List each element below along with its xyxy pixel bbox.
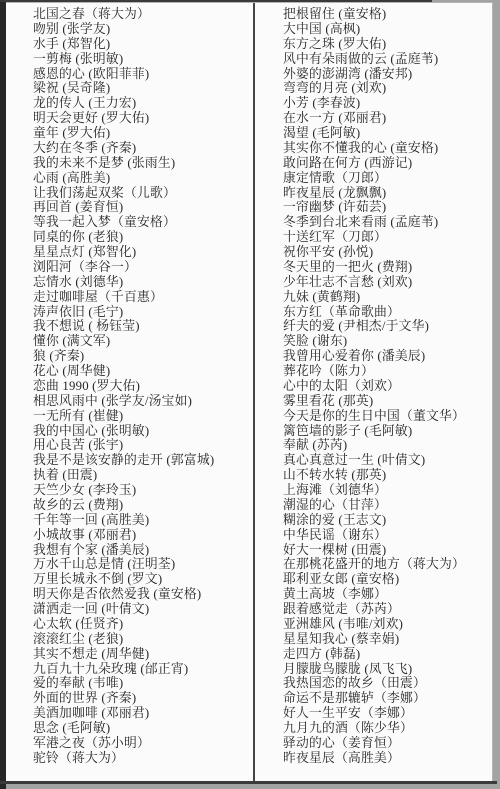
song-line: 我想有个家 (潘美辰) bbox=[33, 543, 251, 558]
song-line: 心中的太阳（刘欢） bbox=[283, 379, 493, 394]
song-line: 篱笆墙的影子 (毛阿敏) bbox=[283, 424, 493, 439]
song-line: 心雨 (高胜美) bbox=[33, 171, 251, 186]
song-line: 明天你是否依然爱我 (童安格) bbox=[33, 587, 251, 602]
song-list-page: 北国之春（蒋大为）吻别 (张学友)水手 (郑智化)一剪梅 (张明敏)感恩的心 (… bbox=[1, 2, 493, 782]
song-line: 把根留住 (童安格) bbox=[283, 7, 493, 22]
song-line: 感恩的心 (欧阳菲菲) bbox=[33, 67, 251, 82]
scanned-document: 北国之春（蒋大为）吻别 (张学友)水手 (郑智化)一剪梅 (张明敏)感恩的心 (… bbox=[0, 0, 500, 789]
song-line: 吻别 (张学友) bbox=[33, 22, 251, 37]
song-line: 小芳 (李春波) bbox=[283, 96, 493, 111]
song-line: 龙的传人 (王力宏) bbox=[33, 96, 251, 111]
song-line: 其实不想走 (周华健) bbox=[33, 647, 251, 662]
song-line: 走四方 (韩磊) bbox=[283, 647, 493, 662]
song-line: 水手 (郑智化) bbox=[33, 37, 251, 52]
song-line: 冬天里的一把火 (费翔) bbox=[283, 260, 493, 275]
song-line: 雾里看花 (那英) bbox=[283, 394, 493, 409]
song-line: 走过咖啡屋（千百惠） bbox=[33, 290, 251, 305]
song-line: 上海滩（刘德华） bbox=[283, 483, 493, 498]
song-line: 再回首 (姜育恒) bbox=[33, 200, 251, 215]
song-line: 一帘幽梦 (许茹芸) bbox=[283, 200, 493, 215]
song-line: 月朦胧鸟朦胧 (凤飞飞) bbox=[283, 662, 493, 677]
song-line: 执着 (田震) bbox=[33, 468, 251, 483]
song-line: 东方红（革命歌曲） bbox=[283, 305, 493, 320]
song-line: 狼 (齐秦) bbox=[33, 349, 251, 364]
song-line: 渴望 (毛阿敏) bbox=[283, 126, 493, 141]
song-line: 万里长城永不倒 (罗文) bbox=[33, 572, 251, 587]
song-line: 冬季到台北来看雨 (孟庭苇) bbox=[283, 215, 493, 230]
song-line: 梁祝 (吴奇隆) bbox=[33, 81, 251, 96]
song-line: 万水千山总是情 (汪明荃) bbox=[33, 557, 251, 572]
song-line: 九妹 (黄鹤翔) bbox=[283, 290, 493, 305]
song-line: 小城故事 (邓丽君) bbox=[33, 528, 251, 543]
song-line: 风中有朵雨做的云 (孟庭苇) bbox=[283, 52, 493, 67]
song-line: 笑脸 (谢东) bbox=[283, 334, 493, 349]
song-line: 弯弯的月亮 (刘欢) bbox=[283, 81, 493, 96]
song-line: 山不转水转 (那英) bbox=[283, 468, 493, 483]
song-line: 九百九十九朵玫瑰 (邰正宵) bbox=[33, 662, 251, 677]
song-line: 黄土高坡（李娜） bbox=[283, 587, 493, 602]
song-line: 潇洒走一回 (叶倩文) bbox=[33, 602, 251, 617]
song-line: 在水一方 (邓丽君) bbox=[283, 111, 493, 126]
scan-shadow-left-edge bbox=[0, 0, 6, 789]
song-line: 敢问路在何方 (西游记) bbox=[283, 156, 493, 171]
song-line: 滚滚红尘 (老狼) bbox=[33, 632, 251, 647]
song-line: 我热国恋的故乡（田震） bbox=[283, 676, 493, 691]
song-line: 祝你平安 (孙悦) bbox=[283, 245, 493, 260]
song-line: 真心真意过一生 (叶倩文) bbox=[283, 453, 493, 468]
song-line: 等我一起入梦（童安格） bbox=[33, 215, 251, 230]
song-line: 懂你 (满文军) bbox=[33, 334, 251, 349]
song-line: 奉献 (苏芮) bbox=[283, 438, 493, 453]
song-line: 星星知我心 (蔡幸娟) bbox=[283, 632, 493, 647]
song-line: 千年等一回 (高胜美) bbox=[33, 513, 251, 528]
song-line: 驿动的心（姜育恒） bbox=[283, 736, 493, 751]
scan-shadow-bottom-edge bbox=[0, 781, 497, 784]
song-column-left: 北国之春（蒋大为）吻别 (张学友)水手 (郑智化)一剪梅 (张明敏)感恩的心 (… bbox=[33, 7, 251, 766]
song-line: 好人一生平安（李娜） bbox=[283, 706, 493, 721]
song-line: 我是不是该安静的走开 (郭富城) bbox=[33, 453, 251, 468]
song-line: 用心良苦 (张宇) bbox=[33, 438, 251, 453]
song-line: 在那桃花盛开的地方（蒋大为） bbox=[283, 557, 493, 572]
song-line: 相思风雨中 (张学友/汤宝如) bbox=[33, 394, 251, 409]
song-line: 故乡的云 (费翔) bbox=[33, 498, 251, 513]
song-line: 心太软 (任贤齐) bbox=[33, 617, 251, 632]
song-line: 少年壮志不言愁 (刘欢) bbox=[283, 275, 493, 290]
song-line: 中华民谣（谢东） bbox=[283, 528, 493, 543]
song-line: 九月九的酒（陈少华） bbox=[283, 721, 493, 736]
song-line: 葬花吟（陈力） bbox=[283, 364, 493, 379]
song-line: 天竺少女 (李玲玉) bbox=[33, 483, 251, 498]
song-line: 我不想说 ( 杨钰莹) bbox=[33, 319, 251, 334]
song-line: 我曾用心爱着你 (潘美辰) bbox=[283, 349, 493, 364]
song-line: 亚洲雄风 (韦唯/刘欢) bbox=[283, 617, 493, 632]
song-line: 思念 (毛阿敏) bbox=[33, 721, 251, 736]
song-line: 命运不是那辘轳（李娜） bbox=[283, 691, 493, 706]
song-line: 外面的世界 (齐秦) bbox=[33, 691, 251, 706]
song-line: 糊涂的爱 (王志文) bbox=[283, 513, 493, 528]
song-line: 明天会更好 (罗大佑) bbox=[33, 111, 251, 126]
song-line: 花心 (周华健) bbox=[33, 364, 251, 379]
song-line: 大中国 (高枫) bbox=[283, 22, 493, 37]
song-line: 大约在冬季 (齐秦) bbox=[33, 141, 251, 156]
song-line: 浏阳河（李谷一） bbox=[33, 260, 251, 275]
song-line: 耶利亚女郎 (童安格) bbox=[283, 572, 493, 587]
song-line: 外婆的澎湖湾 (潘安邦) bbox=[283, 67, 493, 82]
scan-shadow-top-edge bbox=[0, 0, 432, 2]
song-line: 昨夜星辰（高胜美） bbox=[283, 751, 493, 766]
song-line: 同桌的你 (老狼) bbox=[33, 230, 251, 245]
song-line: 潮湿的心（甘萍） bbox=[283, 498, 493, 513]
song-line: 纤夫的爱 (尹相杰/于文华) bbox=[283, 319, 493, 334]
song-line: 军港之夜（苏小明） bbox=[33, 736, 251, 751]
song-line: 美酒加咖啡 (邓丽君) bbox=[33, 706, 251, 721]
song-line: 康定情歌（刀郎） bbox=[283, 171, 493, 186]
song-line: 童年 (罗大佑) bbox=[33, 126, 251, 141]
song-line: 恋曲 1990 (罗大佑) bbox=[33, 379, 251, 394]
song-line: 我的未来不是梦 (张雨生) bbox=[33, 156, 251, 171]
song-line: 我的中国心 (张明敏) bbox=[33, 424, 251, 439]
song-line: 北国之春（蒋大为） bbox=[33, 7, 251, 22]
song-column-right: 把根留住 (童安格)大中国 (高枫)东方之珠 (罗大佑)风中有朵雨做的云 (孟庭… bbox=[283, 7, 493, 766]
song-line: 一剪梅 (张明敏) bbox=[33, 52, 251, 67]
song-line: 忘情水 (刘德华) bbox=[33, 275, 251, 290]
song-line: 让我们荡起双桨（儿歌） bbox=[33, 186, 251, 201]
song-line: 涛声依旧 (毛宁) bbox=[33, 305, 251, 320]
song-line: 星星点灯 (郑智化) bbox=[33, 245, 251, 260]
column-divider bbox=[253, 3, 255, 783]
song-line: 昨夜星辰 (龙飘飘) bbox=[283, 186, 493, 201]
song-line: 其实你不懂我的心 (童安格) bbox=[283, 141, 493, 156]
song-line: 一无所有 (崔健) bbox=[33, 409, 251, 424]
song-line: 好大一棵树 (田震) bbox=[283, 543, 493, 558]
song-line: 爱的奉献 (韦唯) bbox=[33, 676, 251, 691]
song-line: 跟着感觉走（苏芮） bbox=[283, 602, 493, 617]
song-line: 东方之珠 (罗大佑) bbox=[283, 37, 493, 52]
song-line: 驼铃（蒋大为） bbox=[33, 751, 251, 766]
song-line: 今天是你的生日中国（董文华） bbox=[283, 409, 493, 424]
song-line: 十送红军（刀郎） bbox=[283, 230, 493, 245]
